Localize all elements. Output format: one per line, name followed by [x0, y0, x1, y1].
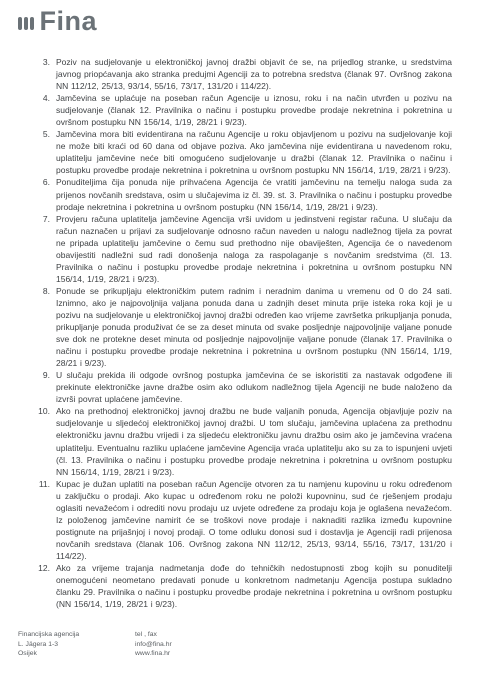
list-item: 8. Ponude se prikupljaju elektroničkim p… [35, 285, 452, 369]
item-text: Jamčevina se uplaćuje na poseban račun A… [56, 92, 452, 128]
item-text: Poziv na sudjelovanje u elektroničkoj ja… [56, 56, 452, 92]
list-item: 12. Ako za vrijeme trajanja nadmetanja d… [35, 562, 452, 610]
item-number: 3. [35, 56, 50, 68]
fina-bars-icon [18, 17, 34, 33]
item-text: Ponuditeljima čija ponuda nije prihvaćen… [56, 176, 452, 212]
footer-address: Financijska agencija L. Jägera 1-3 Osije… [18, 630, 135, 659]
list-item: 4. Jamčevina se uplaćuje na poseban raču… [35, 92, 452, 128]
item-number: 12. [35, 562, 50, 574]
item-text: Ponude se prikupljaju elektroničkim pute… [56, 285, 452, 369]
item-text: U slučaju prekida ili odgode ovršnog pos… [56, 369, 452, 405]
item-text: Ako na prethodnoj elektroničkoj javnoj d… [56, 405, 452, 477]
list-item: 3. Poziv na sudjelovanje u elektroničkoj… [35, 56, 452, 92]
fina-logo: Fina [18, 10, 97, 33]
footer-city: Osijek [18, 649, 135, 659]
list-item: 5. Jamčevina mora biti evidentirana na r… [35, 128, 452, 176]
item-number: 11. [35, 478, 50, 490]
footer-street: L. Jägera 1-3 [18, 640, 135, 650]
item-number: 4. [35, 92, 50, 104]
page-footer: Financijska agencija L. Jägera 1-3 Osije… [18, 630, 463, 659]
item-number: 8. [35, 285, 50, 297]
list-item: 6. Ponuditeljima čija ponuda nije prihva… [35, 176, 452, 212]
document-page: Fina 3. Poziv na sudjelovanje u elektron… [0, 0, 481, 690]
footer-contact: tel , fax info@fina.hr www.fina.hr [135, 630, 275, 659]
list-item: 7. Provjeru računa uplatitelja jamčevine… [35, 213, 452, 285]
fina-logo-text: Fina [40, 10, 98, 33]
footer-company-name: Financijska agencija [18, 630, 135, 640]
footer-tel-fax: tel , fax [135, 630, 275, 640]
item-text: Provjeru računa uplatitelja jamčevine Ag… [56, 213, 452, 285]
item-number: 6. [35, 176, 50, 188]
item-number: 7. [35, 213, 50, 225]
list-item: 10. Ako na prethodnoj elektroničkoj javn… [35, 405, 452, 477]
list-item: 11. Kupac je dužan uplatiti na poseban r… [35, 478, 452, 562]
item-number: 9. [35, 369, 50, 381]
footer-website: www.fina.hr [135, 649, 275, 659]
item-number: 10. [35, 405, 50, 417]
item-text: Kupac je dužan uplatiti na poseban račun… [56, 478, 452, 562]
item-number: 5. [35, 128, 50, 140]
list-item: 9. U slučaju prekida ili odgode ovršnog … [35, 369, 452, 405]
item-text: Ako za vrijeme trajanja nadmetanja dođe … [56, 562, 452, 610]
footer-email: info@fina.hr [135, 640, 275, 650]
terms-list: 3. Poziv na sudjelovanje u elektroničkoj… [35, 56, 452, 610]
item-text: Jamčevina mora biti evidentirana na raču… [56, 128, 452, 176]
